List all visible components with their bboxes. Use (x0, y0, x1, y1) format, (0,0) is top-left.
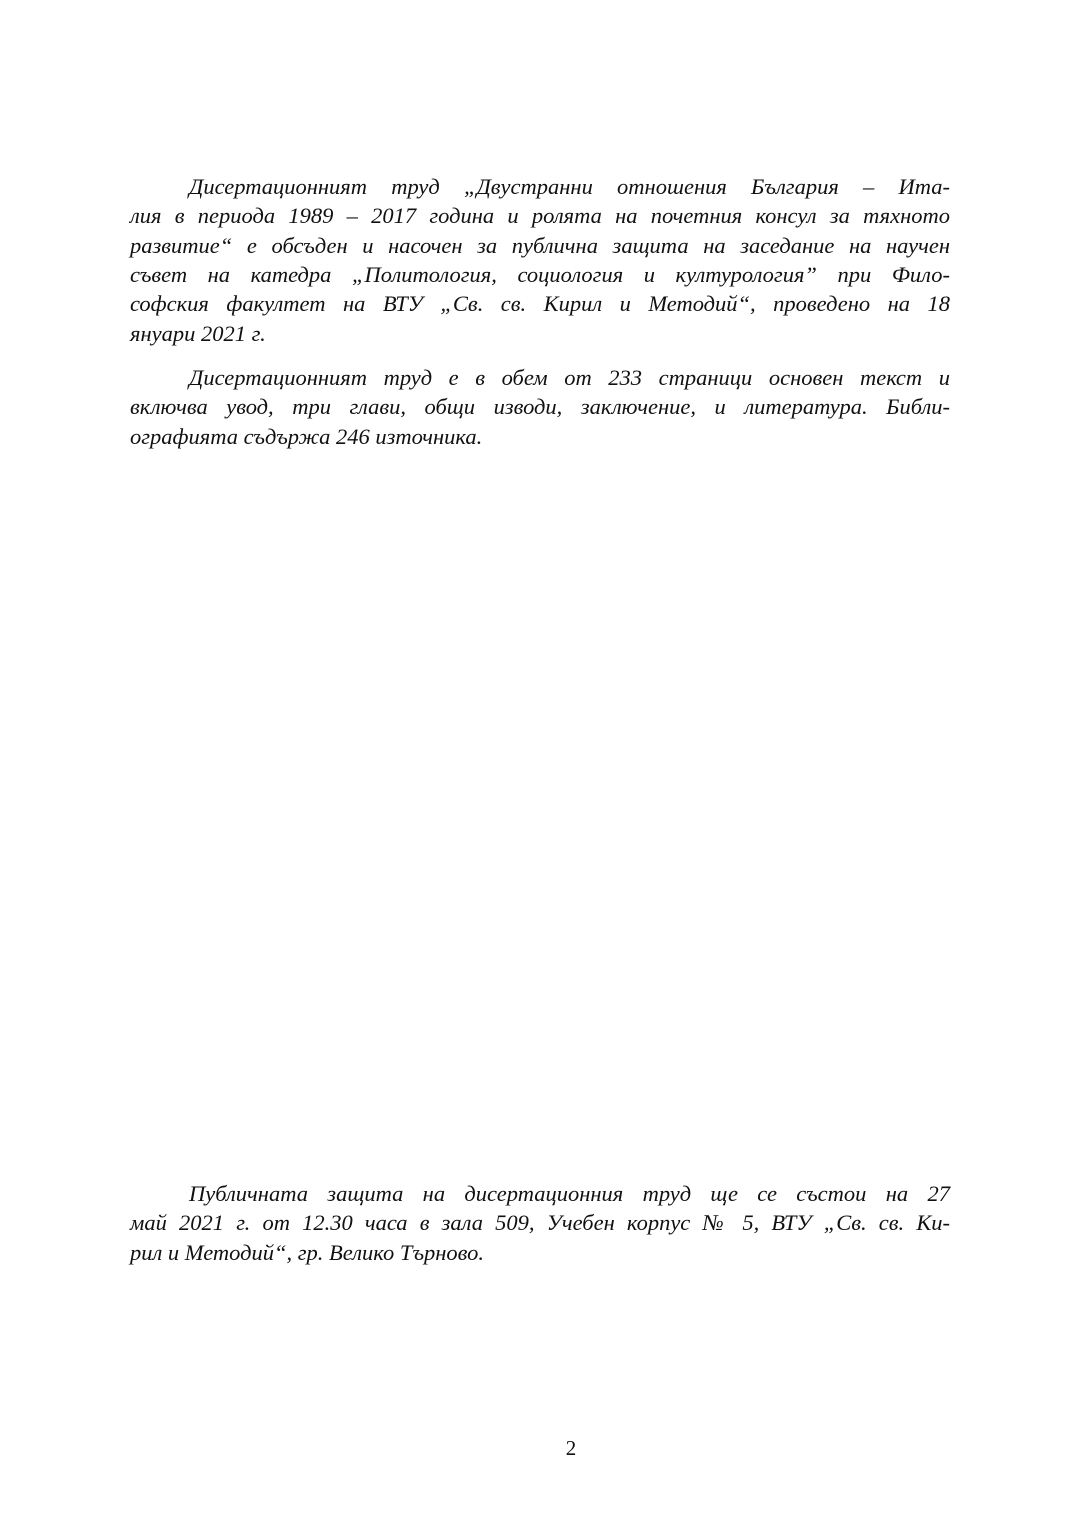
text-line: Публичната защита на дисертационния труд… (189, 1179, 950, 1208)
text-line: май 2021 г. от 12.30 часа в зала 509, Уч… (130, 1208, 950, 1237)
document-page: Дисертационният труд „Двустранни отношен… (0, 0, 1080, 1527)
text-line: лия в периода 1989 – 2017 година и ролят… (130, 201, 950, 230)
text-line: Дисертационният труд е в обем от 233 стр… (189, 363, 950, 392)
text-line: развитие“ е обсъден и насочен за публичн… (130, 231, 950, 260)
text-line: януари 2021 г. (130, 319, 950, 348)
text-line: софския факултет на ВТУ „Св. св. Кирил и… (130, 289, 950, 318)
text-line: рил и Методий“, гр. Велико Търново. (130, 1238, 950, 1267)
text-line: включва увод, три глави, общи изводи, за… (130, 392, 950, 421)
text-line: Дисертационният труд „Двустранни отношен… (189, 172, 950, 201)
text-line: съвет на катедра „Политология, социологи… (130, 260, 950, 289)
text-line: ографията съдържа 246 източника. (130, 422, 950, 451)
page-number: 2 (0, 1436, 1080, 1461)
